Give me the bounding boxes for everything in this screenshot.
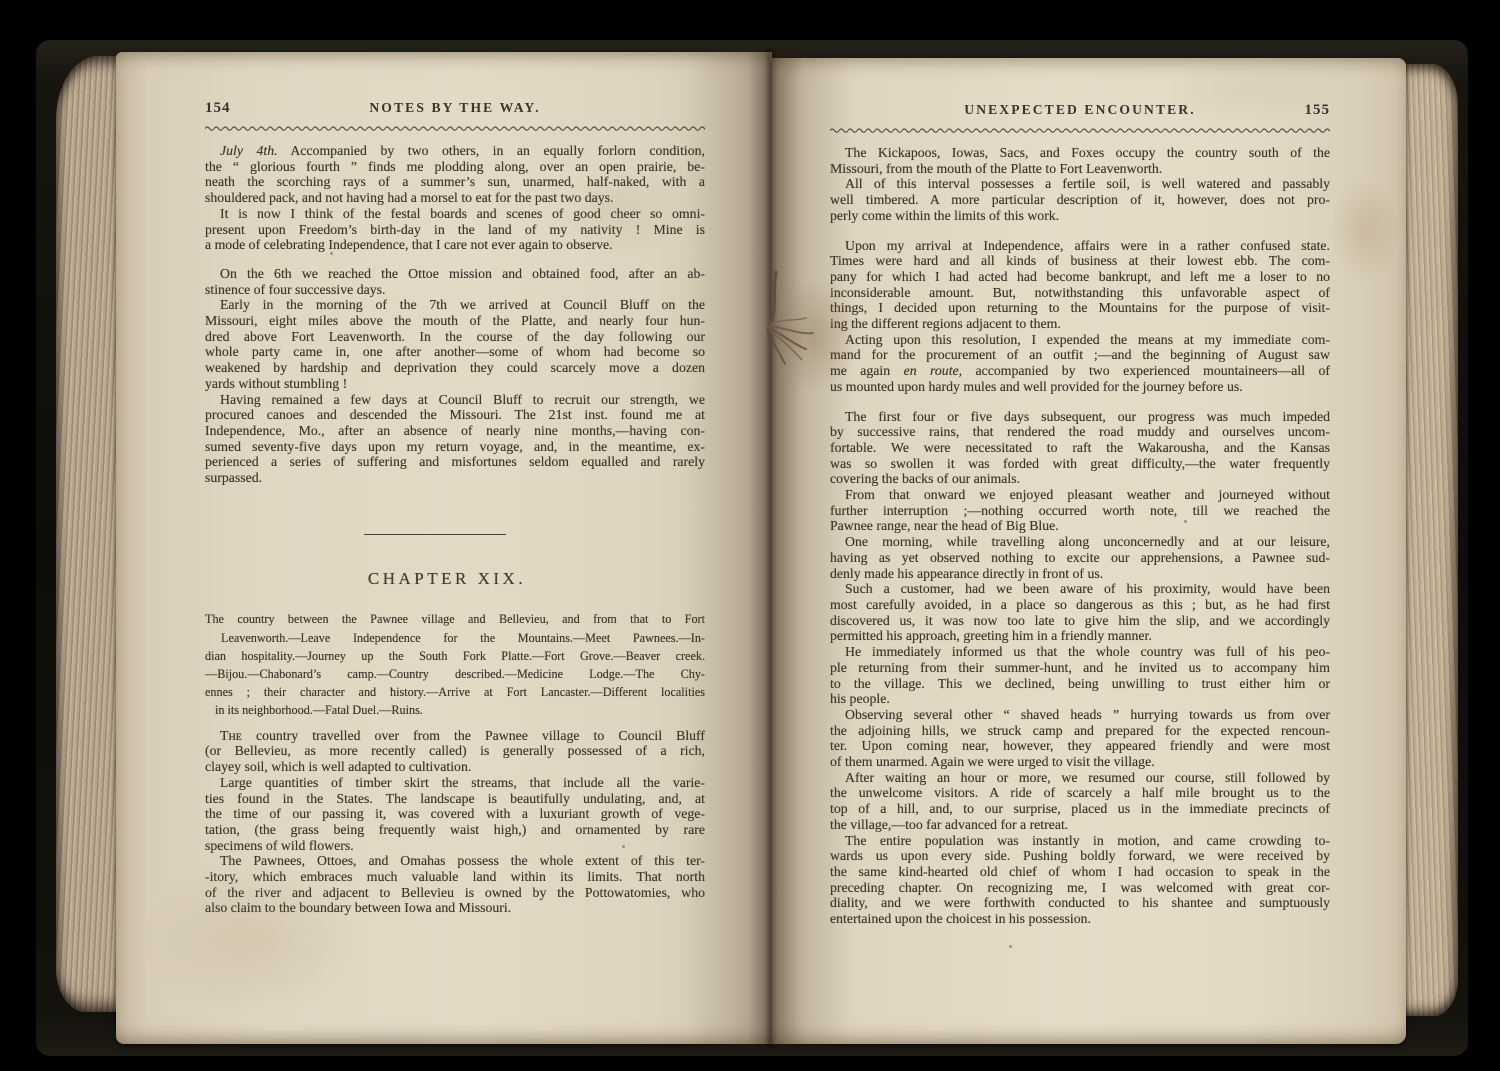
text-line: After waiting an hour or more, we resume…	[830, 770, 1330, 786]
text-line: wards us upon every side. Pushing boldly…	[830, 848, 1330, 864]
text-line: He immediately informed us that the whol…	[830, 644, 1330, 660]
text-line: Leavenworth.—Leave Independence for the …	[205, 629, 705, 647]
text-line: The Pawnees, Ottoes, and Omahas possess …	[205, 853, 705, 869]
paragraph: Tʜᴇ country travelled over from the Pawn…	[205, 728, 705, 775]
text-line: shouldered pack, and not having had a mo…	[205, 190, 705, 206]
text-line: the unwelcome visitors. A ride of scarce…	[830, 785, 1330, 801]
text-line: a mode of celebrating Independence, that…	[205, 237, 705, 253]
paragraph: Acting upon this resolution, I expended …	[830, 332, 1330, 395]
paragraph: Observing several other “ shaved heads ”…	[830, 707, 1330, 770]
text-line: ter. Upon coming near, however, they app…	[830, 738, 1330, 754]
text-line: of the river and adjacent to Bellevieu i…	[205, 885, 705, 901]
paragraph: Early in the morning of the 7th we arriv…	[205, 297, 705, 391]
text-line: permitted his approach, greeting him in …	[830, 628, 1330, 644]
text-line: Upon my arrival at Independence, affairs…	[830, 238, 1330, 254]
text-line: perly come within the limits of this wor…	[830, 208, 1330, 224]
spacer	[830, 395, 1330, 409]
photo-of-open-book: 154 NOTES BY THE WAY. July 4th. Accompan…	[0, 0, 1500, 1071]
paragraph: After waiting an hour or more, we resume…	[830, 770, 1330, 833]
text-line: neath the scorching rays of a summer’s s…	[205, 174, 705, 190]
paragraph: The Pawnees, Ottoes, and Omahas possess …	[205, 853, 705, 916]
text-line: most carefully avoided, in a place so da…	[830, 597, 1330, 613]
page-left-content: 154 NOTES BY THE WAY. July 4th. Accompan…	[205, 100, 705, 916]
text-line: pany for which I had acted had become ba…	[830, 269, 1330, 285]
text-line: top of a hill, and, to our surprise, pla…	[830, 801, 1330, 817]
text-line: Such a customer, had we been aware of hi…	[830, 581, 1330, 597]
text-line: -itory, which embraces much valuable lan…	[205, 869, 705, 885]
paragraph: Having remained a few days at Council Bl…	[205, 392, 705, 486]
spacer	[830, 224, 1330, 238]
paragraph: The Kickapoos, Iowas, Sacs, and Foxes oc…	[830, 145, 1330, 176]
page-right-content: UNEXPECTED ENCOUNTER. 155 The Kickapoos,…	[830, 102, 1330, 927]
text-line: was so swollen it was forded with great …	[830, 456, 1330, 472]
text-line: Early in the morning of the 7th we arriv…	[205, 297, 705, 313]
running-head-left: 154 NOTES BY THE WAY.	[205, 100, 705, 117]
text-line: On the 6th we reached the Ottoe mission …	[205, 266, 705, 282]
text-line: One morning, while travelling along unco…	[830, 534, 1330, 550]
text-line: things, I decided upon returning to the …	[830, 300, 1330, 316]
paragraph: Large quantities of timber skirt the str…	[205, 775, 705, 854]
text-line: stinence of four successive days.	[205, 282, 705, 298]
text-line: Pawnee range, near the head of Big Blue.	[830, 518, 1330, 534]
page-fore-edge-right	[1404, 64, 1458, 1016]
text-line: by successive rains, that rendered the r…	[830, 424, 1330, 440]
text-line: sumed seventy-five days upon my return v…	[205, 439, 705, 455]
text-line: fortable. We were necessitated to raft t…	[830, 440, 1330, 456]
text-line: From that onward we enjoyed pleasant wea…	[830, 487, 1330, 503]
text-line: to the village. This we declined, being …	[830, 676, 1330, 692]
text-line: the same kind-hearted old chief of whom …	[830, 864, 1330, 880]
text-line: further interruption ;—nothing occurred …	[830, 503, 1330, 519]
text-line: Independence, Mo., after an absence of n…	[205, 423, 705, 439]
text-line: dian hospitality.—Journey up the South F…	[205, 647, 705, 665]
text-line: the time of our passing it, was covered …	[205, 806, 705, 822]
text-line: dred above Fort Leavenworth. In the cour…	[205, 329, 705, 345]
page-right-body: The Kickapoos, Iowas, Sacs, and Foxes oc…	[830, 145, 1330, 927]
text-line: Tʜᴇ country travelled over from the Pawn…	[205, 728, 705, 744]
text-line: ennes ; their character and history.—Arr…	[205, 683, 705, 701]
text-line: It is now I think of the festal boards a…	[205, 206, 705, 222]
chapter-synopsis: The country between the Pawnee village a…	[205, 610, 705, 719]
text-line: the village,—too far advanced for a retr…	[830, 817, 1330, 833]
paragraph: Upon my arrival at Independence, affairs…	[830, 238, 1330, 332]
paragraph: The entire population was instantly in m…	[830, 833, 1330, 927]
text-line: entertained upon the choicest in his pos…	[830, 911, 1330, 927]
text-line: also claim to the boundary between Iowa …	[205, 900, 705, 916]
text-line: surpassed.	[205, 470, 705, 486]
text-line: the adjoining hills, we struck camp and …	[830, 723, 1330, 739]
text-line: Having remained a few days at Council Bl…	[205, 392, 705, 408]
paragraph: Such a customer, had we been aware of hi…	[830, 581, 1330, 644]
text-line: of them unarmed. Again we were urged to …	[830, 754, 1330, 770]
text-line: —Bijou.—Chabonard’s camp.—Country descri…	[205, 665, 705, 683]
text-line: The first four or five days subsequent, …	[830, 409, 1330, 425]
paragraph: On the 6th we reached the Ottoe mission …	[205, 266, 705, 297]
text-line: The entire population was instantly in m…	[830, 833, 1330, 849]
paragraph: From that onward we enjoyed pleasant wea…	[830, 487, 1330, 534]
text-line: All of this interval possesses a fertile…	[830, 176, 1330, 192]
text-line: whole party came in, one after another—s…	[205, 344, 705, 360]
page-number-right: 155	[1266, 102, 1330, 119]
text-line: having as yet observed nothing to excite…	[830, 550, 1330, 566]
running-head-right: UNEXPECTED ENCOUNTER. 155	[830, 102, 1330, 119]
paragraph: All of this interval possesses a fertile…	[830, 176, 1330, 223]
text-line: perienced a series of suffering and misf…	[205, 454, 705, 470]
text-line: ple returning from their summer-hunt, an…	[830, 660, 1330, 676]
paragraph: He immediately informed us that the whol…	[830, 644, 1330, 707]
text-line: weakened by hardship and deprivation the…	[205, 360, 705, 376]
text-line: well timbered. A more particular descrip…	[830, 192, 1330, 208]
paragraph: It is now I think of the festal boards a…	[205, 206, 705, 253]
chapter-heading: CHAPTER XIX.	[197, 571, 697, 587]
text-line: yards without stumbling !	[205, 376, 705, 392]
text-line: The country between the Pawnee village a…	[205, 610, 705, 628]
text-line: mand for the procurement of an outfit ;—…	[830, 347, 1330, 363]
text-line: the “ glorious fourth ” finds me ploddin…	[205, 159, 705, 175]
text-line: ties found in the States. The landscape …	[205, 791, 705, 807]
text-line: me again en route, accompanied by two ex…	[830, 363, 1330, 379]
text-line: covering the backs of our animals.	[830, 471, 1330, 487]
wavy-rule	[830, 126, 1330, 133]
text-line: procured canoes and descended the Missou…	[205, 407, 705, 423]
text-line: diality, and we were forthwith conducted…	[830, 895, 1330, 911]
page-number-left: 154	[205, 100, 269, 117]
text-line: discovered us, it was now too late to gi…	[830, 613, 1330, 629]
text-line: his people.	[830, 691, 1330, 707]
text-line: Observing several other “ shaved heads ”…	[830, 707, 1330, 723]
spacer	[205, 486, 705, 534]
text-line: The Kickapoos, Iowas, Sacs, and Foxes oc…	[830, 145, 1330, 161]
text-line: Missouri, from the mouth of the Platte t…	[830, 161, 1330, 177]
text-line: present upon Freedom’s birth-day in the …	[205, 222, 705, 238]
text-line: in its neighborhood.—Fatal Duel.—Ruins.	[205, 701, 705, 719]
spacer	[205, 253, 705, 266]
spacer	[205, 720, 705, 728]
paragraph: July 4th. Accompanied by two others, in …	[205, 143, 705, 206]
text-line: preceding chapter. On recognizing me, I …	[830, 880, 1330, 896]
text-line: ing the different regions adjacent to th…	[830, 316, 1330, 332]
paragraph: The first four or five days subsequent, …	[830, 409, 1330, 488]
text-line: denly made his appearance directly in fr…	[830, 566, 1330, 582]
spacer	[205, 535, 705, 571]
text-line: (or Bellevieu, as more recently called) …	[205, 743, 705, 759]
text-line: specimens of wild flowers.	[205, 838, 705, 854]
text-line: us mounted upon hardy mules and well pro…	[830, 379, 1330, 395]
wavy-rule	[205, 124, 705, 131]
text-line: clayey soil, which is well adapted to cu…	[205, 759, 705, 775]
text-line: Times were hard and all kinds of busines…	[830, 253, 1330, 269]
text-line: tation, (the grass being frequently wais…	[205, 822, 705, 838]
text-line: Large quantities of timber skirt the str…	[205, 775, 705, 791]
text-line: inconsiderable amount. But, notwithstand…	[830, 285, 1330, 301]
text-line: Missouri, eight miles above the mouth of…	[205, 313, 705, 329]
spacer	[205, 586, 705, 610]
paragraph: One morning, while travelling along unco…	[830, 534, 1330, 581]
page-left-body: July 4th. Accompanied by two others, in …	[205, 143, 705, 916]
text-line: Acting upon this resolution, I expended …	[830, 332, 1330, 348]
running-title-left: NOTES BY THE WAY.	[269, 100, 641, 116]
section-divider-rule	[364, 534, 506, 535]
running-title-right: UNEXPECTED ENCOUNTER.	[894, 102, 1266, 118]
text-line: July 4th. Accompanied by two others, in …	[205, 143, 705, 159]
